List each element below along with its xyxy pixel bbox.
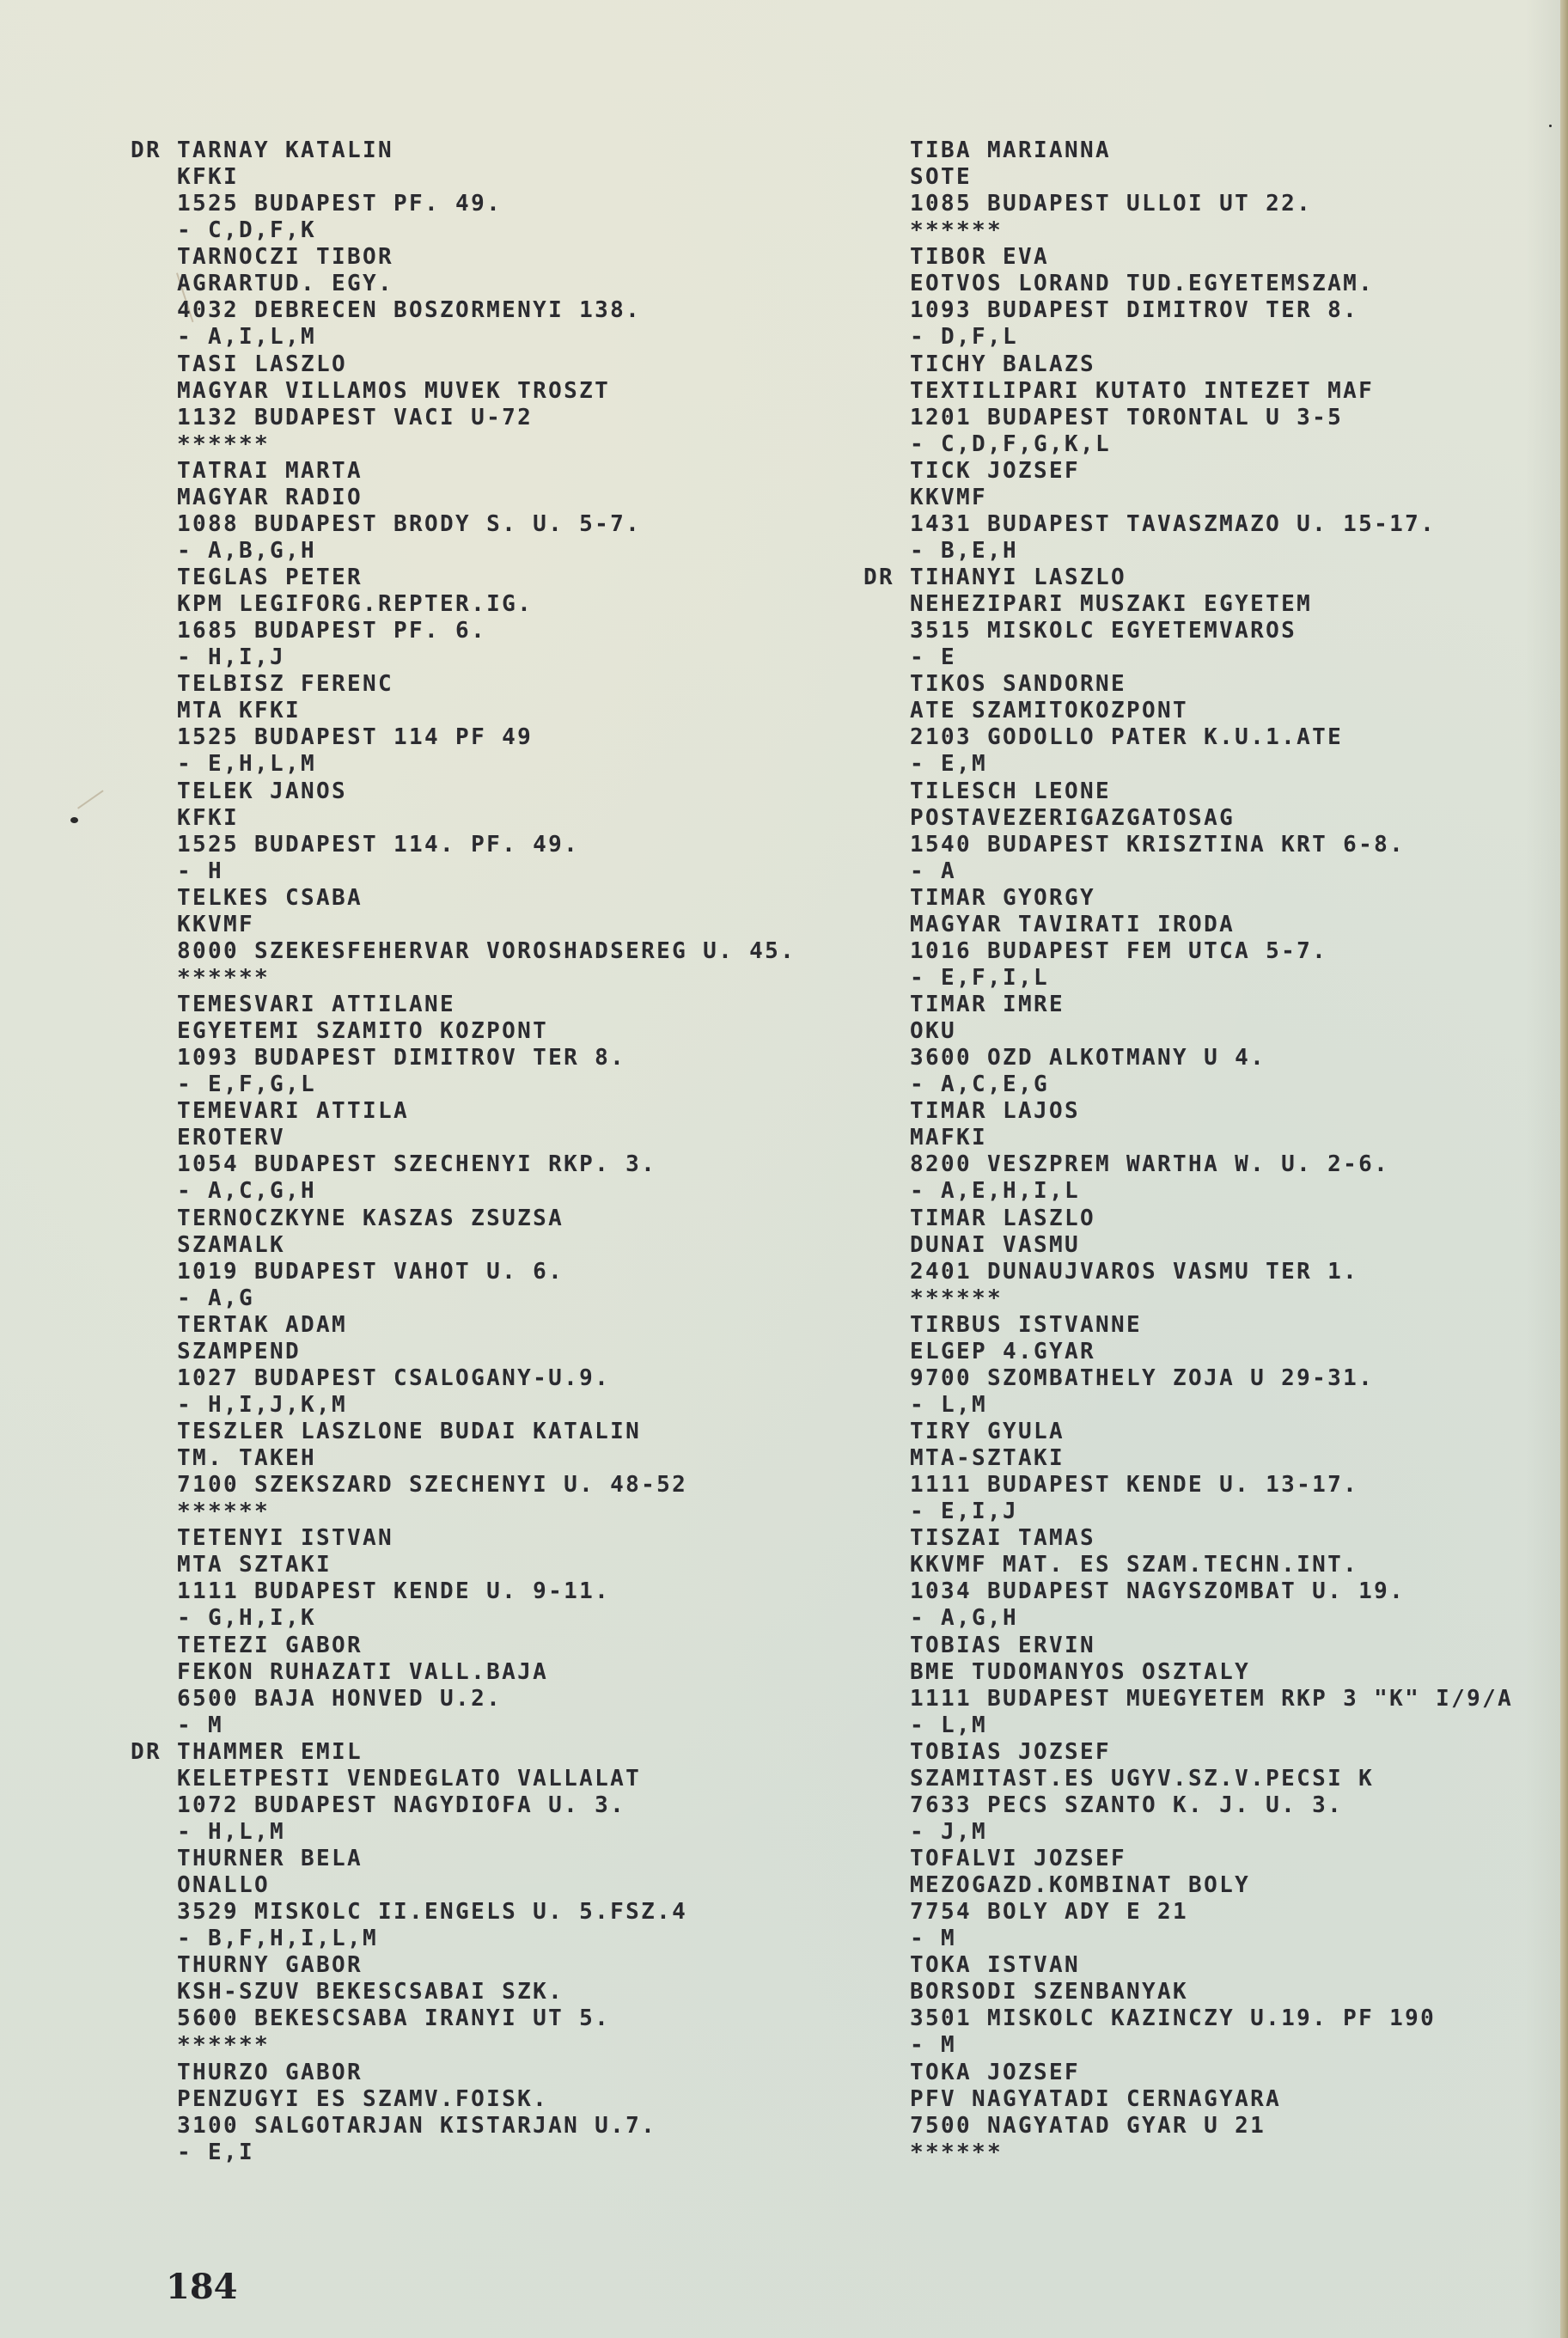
category-codes: - M bbox=[131, 1712, 835, 1739]
line-text: 1085 BUDAPEST ULLOI UT 22. bbox=[910, 191, 1312, 217]
directory-line: SZAMPEND bbox=[131, 1339, 835, 1365]
directory-line: 1093 BUDAPEST DIMITROV TER 8. bbox=[131, 1045, 835, 1071]
entry-separator: ****** bbox=[131, 965, 835, 992]
directory-line: OKU bbox=[863, 1018, 1568, 1045]
directory-line: 3100 SALGOTARJAN KISTARJAN U.7. bbox=[131, 2113, 835, 2140]
line-text: 3501 MISKOLC KAZINCZY U.19. PF 190 bbox=[910, 2005, 1436, 2032]
directory-line: 1111 BUDAPEST MUEGYETEM RKP 3 "K" I/9/A bbox=[863, 1686, 1568, 1712]
category-codes: - E,I,J bbox=[863, 1499, 1568, 1525]
directory-line: 8200 VESZPREM WARTHA W. U. 2-6. bbox=[863, 1151, 1568, 1178]
line-text: 1034 BUDAPEST NAGYSZOMBAT U. 19. bbox=[910, 1578, 1405, 1605]
line-text: ****** bbox=[177, 2032, 270, 2059]
directory-line: 2103 GODOLLO PATER K.U.1.ATE bbox=[863, 724, 1568, 751]
line-text: 1016 BUDAPEST FEM UTCA 5-7. bbox=[910, 938, 1327, 965]
directory-column-right: TIBA MARIANNASOTE1085 BUDAPEST ULLOI UT … bbox=[863, 137, 1568, 2166]
entry-separator: ****** bbox=[863, 1285, 1568, 1312]
line-text: - E,I,J bbox=[910, 1499, 1018, 1525]
directory-line: 4032 DEBRECEN BOSZORMENYI 138. bbox=[131, 297, 835, 324]
directory-line: TIBOR EVA bbox=[863, 244, 1568, 271]
line-text: - H,I,J bbox=[177, 644, 285, 671]
category-codes: - E,H,L,M bbox=[131, 751, 835, 778]
directory-line: 3529 MISKOLC II.ENGELS U. 5.FSZ.4 bbox=[131, 1899, 835, 1926]
line-text: KSH-SZUV BEKESCSABAI SZK. bbox=[177, 1979, 564, 2005]
category-codes: - A,B,G,H bbox=[131, 538, 835, 565]
directory-line: EGYETEMI SZAMITO KOZPONT bbox=[131, 1018, 835, 1045]
directory-line: NEHEZIPARI MUSZAKI EGYETEM bbox=[863, 591, 1568, 618]
directory-line: TIMAR GYORGY bbox=[863, 885, 1568, 912]
title-prefix: DR bbox=[131, 1739, 177, 1766]
directory-line: TIKOS SANDORNE bbox=[863, 671, 1568, 698]
directory-line: TIRY GYULA bbox=[863, 1419, 1568, 1445]
directory-line: 1016 BUDAPEST FEM UTCA 5-7. bbox=[863, 938, 1568, 965]
ink-speck bbox=[70, 817, 78, 823]
directory-line: TOKA ISTVAN bbox=[863, 1952, 1568, 1979]
category-codes: - B,F,H,I,L,M bbox=[131, 1926, 835, 1952]
directory-line: TELEK JANOS bbox=[131, 778, 835, 805]
line-text: 1111 BUDAPEST MUEGYETEM RKP 3 "K" I/9/A bbox=[910, 1686, 1513, 1712]
line-text: BME TUDOMANYOS OSZTALY bbox=[910, 1659, 1250, 1686]
line-text: ****** bbox=[910, 1285, 1003, 1312]
line-text: 1088 BUDAPEST BRODY S. U. 5-7. bbox=[177, 511, 641, 538]
line-text: TELEK JANOS bbox=[177, 778, 347, 805]
directory-line: TOKA JOZSEF bbox=[863, 2060, 1568, 2086]
category-codes: - D,F,L bbox=[863, 324, 1568, 351]
category-codes: - E,F,I,L bbox=[863, 965, 1568, 992]
line-text: TIMAR LAJOS bbox=[910, 1098, 1080, 1125]
line-text: 3600 OZD ALKOTMANY U 4. bbox=[910, 1045, 1266, 1071]
line-text: 1431 BUDAPEST TAVASZMAZO U. 15-17. bbox=[910, 511, 1436, 538]
line-text: TM. TAKEH bbox=[177, 1445, 316, 1472]
title-prefix: DR bbox=[131, 137, 177, 164]
line-text: NEHEZIPARI MUSZAKI EGYETEM bbox=[910, 591, 1312, 618]
category-codes: - A,I,L,M bbox=[131, 324, 835, 351]
line-text: MTA KFKI bbox=[177, 698, 301, 724]
directory-line: TEMEVARI ATTILA bbox=[131, 1098, 835, 1125]
line-text: TARNOCZI TIBOR bbox=[177, 244, 394, 271]
directory-line: DRTARNAY KATALIN bbox=[131, 137, 835, 164]
line-text: TOKA JOZSEF bbox=[910, 2060, 1080, 2086]
line-text: MTA-SZTAKI bbox=[910, 1445, 1065, 1472]
category-codes: - A,G bbox=[131, 1285, 835, 1312]
line-text: 1019 BUDAPEST VAHOT U. 6. bbox=[177, 1259, 564, 1285]
line-text: TEXTILIPARI KUTATO INTEZET MAF bbox=[910, 378, 1374, 405]
line-text: - H,L,M bbox=[177, 1819, 285, 1846]
line-text: - H,I,J,K,M bbox=[177, 1392, 347, 1419]
directory-line: ATE SZAMITOKOZPONT bbox=[863, 698, 1568, 724]
line-text: TICHY BALAZS bbox=[910, 351, 1095, 378]
line-text: PENZUGYI ES SZAMV.FOISK. bbox=[177, 2086, 548, 2113]
line-text: MAGYAR VILLAMOS MUVEK TROSZT bbox=[177, 378, 610, 405]
directory-line: 7100 SZEKSZARD SZECHENYI U. 48-52 bbox=[131, 1472, 835, 1499]
line-text: OKU bbox=[910, 1018, 956, 1045]
directory-line: MAFKI bbox=[863, 1125, 1568, 1151]
line-text: 7633 PECS SZANTO K. J. U. 3. bbox=[910, 1792, 1343, 1819]
title-prefix: DR bbox=[863, 565, 910, 591]
category-codes: - H,L,M bbox=[131, 1819, 835, 1846]
line-text: 2401 DUNAUJVAROS VASMU TER 1. bbox=[910, 1259, 1358, 1285]
directory-line: 1431 BUDAPEST TAVASZMAZO U. 15-17. bbox=[863, 511, 1568, 538]
line-text: 1525 BUDAPEST 114 PF 49 bbox=[177, 724, 533, 751]
line-text: - E,F,I,L bbox=[910, 965, 1049, 992]
line-text: 1027 BUDAPEST CSALOGANY-U.9. bbox=[177, 1365, 610, 1392]
line-text: - C,D,F,G,K,L bbox=[910, 431, 1111, 458]
line-text: THURNY GABOR bbox=[177, 1952, 363, 1979]
directory-line: 1132 BUDAPEST VACI U-72 bbox=[131, 405, 835, 431]
directory-line: 1088 BUDAPEST BRODY S. U. 5-7. bbox=[131, 511, 835, 538]
line-text: - A,I,L,M bbox=[177, 324, 316, 351]
line-text: - E,H,L,M bbox=[177, 751, 316, 778]
directory-line: 1085 BUDAPEST ULLOI UT 22. bbox=[863, 191, 1568, 217]
directory-line: TEGLAS PETER bbox=[131, 565, 835, 591]
line-text: TIBOR EVA bbox=[910, 244, 1049, 271]
entry-separator: ****** bbox=[863, 217, 1568, 244]
line-text: 1111 BUDAPEST KENDE U. 9-11. bbox=[177, 1578, 610, 1605]
directory-line: SZAMITAST.ES UGYV.SZ.V.PECSI K bbox=[863, 1766, 1568, 1792]
directory-line: TIMAR LASZLO bbox=[863, 1206, 1568, 1232]
directory-line: MAGYAR RADIO bbox=[131, 485, 835, 511]
line-text: 9700 SZOMBATHELY ZOJA U 29-31. bbox=[910, 1365, 1374, 1392]
directory-line: TARNOCZI TIBOR bbox=[131, 244, 835, 271]
line-text: TASI LASZLO bbox=[177, 351, 347, 378]
directory-line: 8000 SZEKESFEHERVAR VOROSHADSEREG U. 45. bbox=[131, 938, 835, 965]
entry-separator: ****** bbox=[131, 2032, 835, 2059]
directory-line: 2401 DUNAUJVAROS VASMU TER 1. bbox=[863, 1259, 1568, 1285]
category-codes: - A,C,E,G bbox=[863, 1071, 1568, 1098]
line-text: TETEZI GABOR bbox=[177, 1633, 363, 1659]
line-text: EROTERV bbox=[177, 1125, 285, 1151]
line-text: - A,G,H bbox=[910, 1605, 1018, 1632]
line-text: KPM LEGIFORG.REPTER.IG. bbox=[177, 591, 533, 618]
line-text: 1093 BUDAPEST DIMITROV TER 8. bbox=[910, 297, 1358, 324]
line-text: 2103 GODOLLO PATER K.U.1.ATE bbox=[910, 724, 1343, 751]
page-number: 184 bbox=[166, 2267, 238, 2307]
line-text: SZAMITAST.ES UGYV.SZ.V.PECSI K bbox=[910, 1766, 1374, 1792]
directory-line: TERNOCZKYNE KASZAS ZSUZSA bbox=[131, 1206, 835, 1232]
line-text: 8200 VESZPREM WARTHA W. U. 2-6. bbox=[910, 1151, 1389, 1178]
line-text: 3515 MISKOLC EGYETEMVAROS bbox=[910, 618, 1296, 644]
directory-line: TICK JOZSEF bbox=[863, 458, 1568, 485]
line-text: TIRBUS ISTVANNE bbox=[910, 1312, 1142, 1339]
line-text: ****** bbox=[177, 1499, 270, 1525]
line-text: FEKON RUHAZATI VALL.BAJA bbox=[177, 1659, 548, 1686]
directory-line: BORSODI SZENBANYAK bbox=[863, 1979, 1568, 2005]
directory-line: MAGYAR TAVIRATI IRODA bbox=[863, 912, 1568, 938]
directory-line: KKVMF MAT. ES SZAM.TECHN.INT. bbox=[863, 1552, 1568, 1578]
line-text: TICK JOZSEF bbox=[910, 458, 1080, 485]
directory-line: FEKON RUHAZATI VALL.BAJA bbox=[131, 1659, 835, 1686]
line-text: - G,H,I,K bbox=[177, 1605, 316, 1632]
line-text: 8000 SZEKESFEHERVAR VOROSHADSEREG U. 45. bbox=[177, 938, 796, 965]
category-codes: - A bbox=[863, 858, 1568, 885]
category-codes: - M bbox=[863, 1926, 1568, 1952]
directory-line: 7754 BOLY ADY E 21 bbox=[863, 1899, 1568, 1926]
directory-line: ELGEP 4.GYAR bbox=[863, 1339, 1568, 1365]
category-codes: - A,C,G,H bbox=[131, 1178, 835, 1205]
directory-line: DUNAI VASMU bbox=[863, 1232, 1568, 1259]
line-text: EOTVOS LORAND TUD.EGYETEMSZAM. bbox=[910, 271, 1374, 297]
entry-separator: ****** bbox=[131, 431, 835, 458]
directory-line: 1111 BUDAPEST KENDE U. 9-11. bbox=[131, 1578, 835, 1605]
directory-line: 1054 BUDAPEST SZECHENYI RKP. 3. bbox=[131, 1151, 835, 1178]
directory-line: TIMAR LAJOS bbox=[863, 1098, 1568, 1125]
directory-line: TETEZI GABOR bbox=[131, 1633, 835, 1659]
directory-line: 1072 BUDAPEST NAGYDIOFA U. 3. bbox=[131, 1792, 835, 1819]
line-text: - A bbox=[910, 858, 956, 885]
line-text: 7500 NAGYATAD GYAR U 21 bbox=[910, 2113, 1266, 2140]
line-text: - A,B,G,H bbox=[177, 538, 316, 565]
directory-line: TIBA MARIANNA bbox=[863, 137, 1568, 164]
directory-line: TOBIAS JOZSEF bbox=[863, 1739, 1568, 1766]
line-text: 4032 DEBRECEN BOSZORMENYI 138. bbox=[177, 297, 641, 324]
line-text: THURNER BELA bbox=[177, 1846, 363, 1872]
line-text: TERTAK ADAM bbox=[177, 1312, 347, 1339]
line-text: - A,C,E,G bbox=[910, 1071, 1049, 1098]
directory-line: TISZAI TAMAS bbox=[863, 1525, 1568, 1552]
line-text: 3529 MISKOLC II.ENGELS U. 5.FSZ.4 bbox=[177, 1899, 687, 1926]
line-text: TETENYI ISTVAN bbox=[177, 1525, 394, 1552]
line-text: KFKI bbox=[177, 805, 239, 832]
directory-line: ONALLO bbox=[131, 1872, 835, 1899]
directory-line: 5600 BEKESCSABA IRANYI UT 5. bbox=[131, 2005, 835, 2032]
paper-mark bbox=[77, 790, 104, 809]
line-text: 1132 BUDAPEST VACI U-72 bbox=[177, 405, 533, 431]
directory-line: MTA KFKI bbox=[131, 698, 835, 724]
line-text: TIHANYI LASZLO bbox=[910, 565, 1126, 591]
directory-line: TIRBUS ISTVANNE bbox=[863, 1312, 1568, 1339]
line-text: TIRY GYULA bbox=[910, 1419, 1065, 1445]
directory-line: TELKES CSABA bbox=[131, 885, 835, 912]
category-codes: - L,M bbox=[863, 1392, 1568, 1419]
line-text: SZAMPEND bbox=[177, 1339, 301, 1365]
line-text: POSTAVEZERIGAZGATOSAG bbox=[910, 805, 1235, 832]
category-codes: - L,M bbox=[863, 1712, 1568, 1739]
line-text: KKVMF MAT. ES SZAM.TECHN.INT. bbox=[910, 1552, 1358, 1578]
line-text: TIMAR GYORGY bbox=[910, 885, 1095, 912]
line-text: 1201 BUDAPEST TORONTAL U 3-5 bbox=[910, 405, 1343, 431]
line-text: ATE SZAMITOKOZPONT bbox=[910, 698, 1188, 724]
line-text: 1525 BUDAPEST 114. PF. 49. bbox=[177, 832, 579, 858]
line-text: TIMAR LASZLO bbox=[910, 1206, 1095, 1232]
directory-line: DRTIHANYI LASZLO bbox=[863, 565, 1568, 591]
line-text: - B,E,H bbox=[910, 538, 1018, 565]
directory-line: THURZO GABOR bbox=[131, 2060, 835, 2086]
line-text: ****** bbox=[177, 431, 270, 458]
line-text: ELGEP 4.GYAR bbox=[910, 1339, 1095, 1365]
line-text: KFKI bbox=[177, 164, 239, 191]
category-codes: - E bbox=[863, 644, 1568, 671]
line-text: 1111 BUDAPEST KENDE U. 13-17. bbox=[910, 1472, 1358, 1499]
directory-line: 6500 BAJA HONVED U.2. bbox=[131, 1686, 835, 1712]
line-text: ONALLO bbox=[177, 1872, 270, 1899]
directory-line: KSH-SZUV BEKESCSABAI SZK. bbox=[131, 1979, 835, 2005]
directory-line: KKVMF bbox=[863, 485, 1568, 511]
directory-line: TILESCH LEONE bbox=[863, 778, 1568, 805]
line-text: 5600 BEKESCSABA IRANYI UT 5. bbox=[177, 2005, 610, 2032]
directory-line: TELBISZ FERENC bbox=[131, 671, 835, 698]
directory-line: TM. TAKEH bbox=[131, 1445, 835, 1472]
directory-line: SOTE bbox=[863, 164, 1568, 191]
directory-line: AGRARTUD. EGY. bbox=[131, 271, 835, 297]
line-text: - M bbox=[910, 2032, 956, 2059]
directory-line: 1111 BUDAPEST KENDE U. 13-17. bbox=[863, 1472, 1568, 1499]
category-codes: - G,H,I,K bbox=[131, 1605, 835, 1632]
line-text: - B,F,H,I,L,M bbox=[177, 1926, 378, 1952]
line-text: - D,F,L bbox=[910, 324, 1018, 351]
line-text: KKVMF bbox=[177, 912, 254, 938]
directory-line: 3515 MISKOLC EGYETEMVAROS bbox=[863, 618, 1568, 644]
line-text: 3100 SALGOTARJAN KISTARJAN U.7. bbox=[177, 2113, 656, 2140]
category-codes: - C,D,F,K bbox=[131, 217, 835, 244]
line-text: 6500 BAJA HONVED U.2. bbox=[177, 1686, 502, 1712]
directory-line: SZAMALK bbox=[131, 1232, 835, 1259]
directory-line: EROTERV bbox=[131, 1125, 835, 1151]
line-text: - L,M bbox=[910, 1392, 987, 1419]
line-text: THURZO GABOR bbox=[177, 2060, 363, 2086]
line-text: TELKES CSABA bbox=[177, 885, 363, 912]
line-text: - C,D,F,K bbox=[177, 217, 316, 244]
category-codes: - E,F,G,L bbox=[131, 1071, 835, 1098]
directory-line: THURNER BELA bbox=[131, 1846, 835, 1872]
directory-line: 1525 BUDAPEST 114. PF. 49. bbox=[131, 832, 835, 858]
directory-line: DRTHAMMER EMIL bbox=[131, 1739, 835, 1766]
line-text: TILESCH LEONE bbox=[910, 778, 1111, 805]
line-text: - A,E,H,I,L bbox=[910, 1178, 1080, 1205]
directory-line: TATRAI MARTA bbox=[131, 458, 835, 485]
directory-line: 1685 BUDAPEST PF. 6. bbox=[131, 618, 835, 644]
category-codes: - H,I,J,K,M bbox=[131, 1392, 835, 1419]
line-text: EGYETEMI SZAMITO KOZPONT bbox=[177, 1018, 548, 1045]
line-text: - E bbox=[910, 644, 956, 671]
directory-line: MTA SZTAKI bbox=[131, 1552, 835, 1578]
line-text: 1525 BUDAPEST PF. 49. bbox=[177, 191, 502, 217]
line-text: MAGYAR RADIO bbox=[177, 485, 363, 511]
directory-line: TOBIAS ERVIN bbox=[863, 1633, 1568, 1659]
line-text: MEZOGAZD.KOMBINAT BOLY bbox=[910, 1872, 1250, 1899]
line-text: KKVMF bbox=[910, 485, 987, 511]
line-text: BORSODI SZENBANYAK bbox=[910, 1979, 1188, 2005]
directory-column-left: DRTARNAY KATALINKFKI1525 BUDAPEST PF. 49… bbox=[131, 137, 835, 2166]
directory-line: KELETPESTI VENDEGLATO VALLALAT bbox=[131, 1766, 835, 1792]
line-text: TEMEVARI ATTILA bbox=[177, 1098, 409, 1125]
directory-line: 1201 BUDAPEST TORONTAL U 3-5 bbox=[863, 405, 1568, 431]
line-text: TOBIAS JOZSEF bbox=[910, 1739, 1111, 1766]
directory-line: MEZOGAZD.KOMBINAT BOLY bbox=[863, 1872, 1568, 1899]
line-text: TESZLER LASZLONE BUDAI KATALIN bbox=[177, 1419, 641, 1445]
directory-line: THURNY GABOR bbox=[131, 1952, 835, 1979]
line-text: MAGYAR TAVIRATI IRODA bbox=[910, 912, 1235, 938]
directory-line: BME TUDOMANYOS OSZTALY bbox=[863, 1659, 1568, 1686]
line-text: MTA SZTAKI bbox=[177, 1552, 332, 1578]
line-text: SZAMALK bbox=[177, 1232, 285, 1259]
line-text: 1072 BUDAPEST NAGYDIOFA U. 3. bbox=[177, 1792, 625, 1819]
line-text: TELBISZ FERENC bbox=[177, 671, 394, 698]
category-codes: - E,I bbox=[131, 2140, 835, 2166]
line-text: 1540 BUDAPEST KRISZTINA KRT 6-8. bbox=[910, 832, 1405, 858]
directory-line: POSTAVEZERIGAZGATOSAG bbox=[863, 805, 1568, 832]
line-text: AGRARTUD. EGY. bbox=[177, 271, 394, 297]
line-text: TIKOS SANDORNE bbox=[910, 671, 1126, 698]
line-text: - M bbox=[910, 1926, 956, 1952]
line-text: - L,M bbox=[910, 1712, 987, 1739]
category-codes: - B,E,H bbox=[863, 538, 1568, 565]
line-text: 7100 SZEKSZARD SZECHENYI U. 48-52 bbox=[177, 1472, 687, 1499]
directory-line: TERTAK ADAM bbox=[131, 1312, 835, 1339]
entry-separator: ****** bbox=[131, 1499, 835, 1525]
directory-line: PFV NAGYATADI CERNAGYARA bbox=[863, 2086, 1568, 2113]
directory-line: KFKI bbox=[131, 805, 835, 832]
directory-line: TETENYI ISTVAN bbox=[131, 1525, 835, 1552]
line-text: TERNOCZKYNE KASZAS ZSUZSA bbox=[177, 1206, 564, 1232]
line-text: TEGLAS PETER bbox=[177, 565, 363, 591]
category-codes: - H,I,J bbox=[131, 644, 835, 671]
line-text: - H bbox=[177, 858, 223, 885]
directory-line: 3600 OZD ALKOTMANY U 4. bbox=[863, 1045, 1568, 1071]
directory-line: 1093 BUDAPEST DIMITROV TER 8. bbox=[863, 297, 1568, 324]
directory-line: 3501 MISKOLC KAZINCZY U.19. PF 190 bbox=[863, 2005, 1568, 2032]
line-text: TOBIAS ERVIN bbox=[910, 1633, 1095, 1659]
line-text: ****** bbox=[910, 217, 1003, 244]
line-text: - E,F,G,L bbox=[177, 1071, 316, 1098]
category-codes: - J,M bbox=[863, 1819, 1568, 1846]
line-text: - E,M bbox=[910, 751, 987, 778]
category-codes: - H bbox=[131, 858, 835, 885]
line-text: TATRAI MARTA bbox=[177, 458, 363, 485]
line-text: - A,C,G,H bbox=[177, 1178, 316, 1205]
category-codes: - A,E,H,I,L bbox=[863, 1178, 1568, 1205]
directory-line: 9700 SZOMBATHELY ZOJA U 29-31. bbox=[863, 1365, 1568, 1392]
line-text: - A,G bbox=[177, 1285, 254, 1312]
directory-line: TEMESVARI ATTILANE bbox=[131, 992, 835, 1018]
ink-speck bbox=[1549, 125, 1552, 127]
line-text: TEMESVARI ATTILANE bbox=[177, 992, 455, 1018]
directory-line: PENZUGYI ES SZAMV.FOISK. bbox=[131, 2086, 835, 2113]
line-text: PFV NAGYATADI CERNAGYARA bbox=[910, 2086, 1281, 2113]
directory-line: 1019 BUDAPEST VAHOT U. 6. bbox=[131, 1259, 835, 1285]
line-text: ****** bbox=[910, 2140, 1003, 2166]
directory-line: TEXTILIPARI KUTATO INTEZET MAF bbox=[863, 378, 1568, 405]
line-text: TARNAY KATALIN bbox=[177, 137, 394, 164]
category-codes: - E,M bbox=[863, 751, 1568, 778]
directory-line: EOTVOS LORAND TUD.EGYETEMSZAM. bbox=[863, 271, 1568, 297]
directory-line: 7500 NAGYATAD GYAR U 21 bbox=[863, 2113, 1568, 2140]
directory-line: 1525 BUDAPEST PF. 49. bbox=[131, 191, 835, 217]
entry-separator: ****** bbox=[863, 2140, 1568, 2166]
directory-line: TIMAR IMRE bbox=[863, 992, 1568, 1018]
line-text: 7754 BOLY ADY E 21 bbox=[910, 1899, 1188, 1926]
directory-line: 1540 BUDAPEST KRISZTINA KRT 6-8. bbox=[863, 832, 1568, 858]
line-text: TIMAR IMRE bbox=[910, 992, 1065, 1018]
line-text: TOFALVI JOZSEF bbox=[910, 1846, 1126, 1872]
line-text: 1054 BUDAPEST SZECHENYI RKP. 3. bbox=[177, 1151, 656, 1178]
line-text: TISZAI TAMAS bbox=[910, 1525, 1095, 1552]
directory-line: TASI LASZLO bbox=[131, 351, 835, 378]
line-text: TIBA MARIANNA bbox=[910, 137, 1111, 164]
line-text: KELETPESTI VENDEGLATO VALLALAT bbox=[177, 1766, 641, 1792]
directory-line: TESZLER LASZLONE BUDAI KATALIN bbox=[131, 1419, 835, 1445]
directory-line: MTA-SZTAKI bbox=[863, 1445, 1568, 1472]
directory-line: KKVMF bbox=[131, 912, 835, 938]
line-text: - E,I bbox=[177, 2140, 254, 2166]
directory-line: MAGYAR VILLAMOS MUVEK TROSZT bbox=[131, 378, 835, 405]
directory-line: TICHY BALAZS bbox=[863, 351, 1568, 378]
directory-line: 1027 BUDAPEST CSALOGANY-U.9. bbox=[131, 1365, 835, 1392]
directory-line: 1034 BUDAPEST NAGYSZOMBAT U. 19. bbox=[863, 1578, 1568, 1605]
line-text: TOKA ISTVAN bbox=[910, 1952, 1080, 1979]
line-text: - M bbox=[177, 1712, 223, 1739]
line-text: ****** bbox=[177, 965, 270, 992]
category-codes: - M bbox=[863, 2032, 1568, 2059]
line-text: THAMMER EMIL bbox=[177, 1739, 363, 1766]
